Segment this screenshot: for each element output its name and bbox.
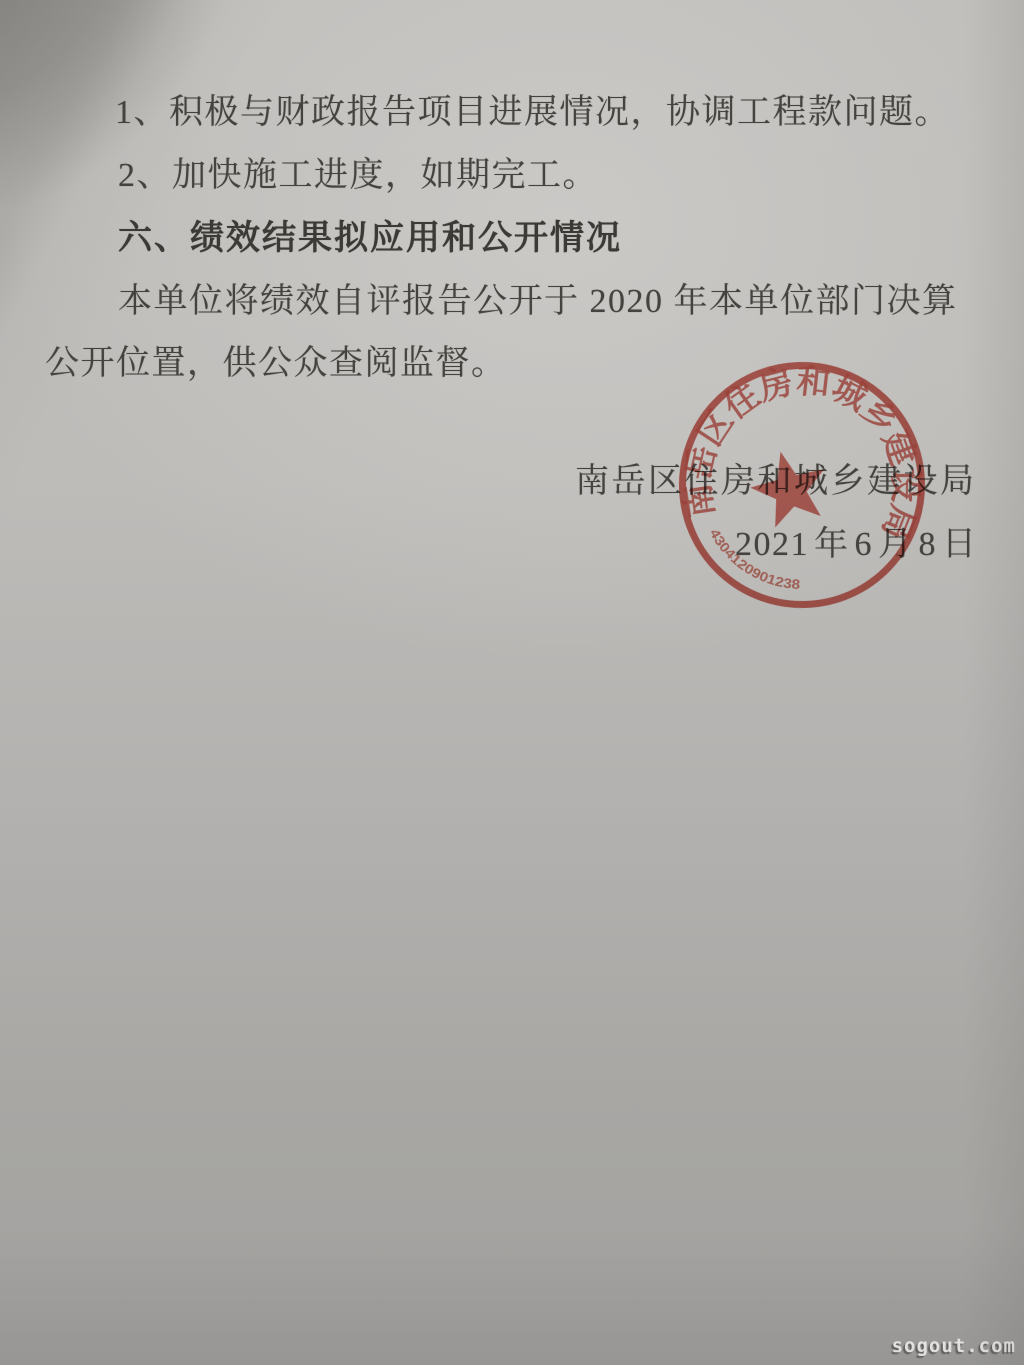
list-item-2: 2、加快施工进度，如期完工。: [118, 147, 598, 196]
official-seal-stamp: 南岳区住房和城乡建设局 4304120901238: [660, 343, 943, 626]
list-item-1: 1、积极与财政报告项目进展情况，协调工程款问题。: [115, 84, 950, 133]
stamp-star-icon: [744, 442, 835, 531]
svg-text:4304120901238: 4304120901238: [706, 524, 801, 596]
stamp-arc-text: 南岳区住房和城乡建设局: [675, 358, 927, 553]
paragraph-line-2: 公开位置，供公众查阅监督。: [45, 335, 507, 384]
stamp-code: 4304120901238: [706, 524, 801, 596]
paragraph-line-1: 本单位将绩效自评报告公开于 2020 年本单位部门决算: [118, 273, 958, 322]
section-heading: 六、绩效结果拟应用和公开情况: [118, 210, 622, 259]
svg-text:南岳区住房和城乡建设局: 南岳区住房和城乡建设局: [675, 358, 927, 553]
document-photo: 1、积极与财政报告项目进展情况，协调工程款问题。 2、加快施工进度，如期完工。 …: [0, 0, 1024, 1365]
watermark: sogout.com: [892, 1335, 1016, 1357]
